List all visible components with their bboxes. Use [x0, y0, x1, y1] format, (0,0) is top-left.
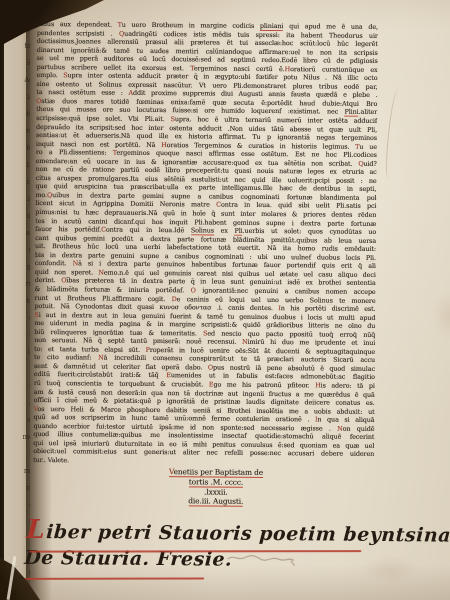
rubricated-capital: T — [355, 142, 359, 150]
rubricated-capital: T — [118, 21, 122, 29]
rubricated-capital: O — [208, 363, 213, 371]
rubricated-capital: S — [171, 115, 175, 123]
rubricated-capital: N — [98, 268, 104, 276]
rubricated-capital: A — [128, 89, 133, 97]
rubricated-capital: D — [172, 295, 177, 303]
colophon: Venetiis per Baptistam detortis .M. cccc… — [126, 467, 306, 508]
rubricated-capital: N — [337, 424, 343, 432]
rubricated-capital: E — [209, 380, 214, 388]
rubricated-capital: N — [242, 338, 248, 346]
rubricated-capital: N — [73, 260, 79, 268]
rubricated-capital: S — [34, 311, 38, 319]
page-content: unius aux dependeat. Tu uero Brotheum in… — [0, 0, 450, 600]
red-underlined-word: pliniani — [260, 22, 284, 31]
text-block: unius aux dependeat. Tu uero Brotheum in… — [33, 20, 378, 469]
rubricated-capital: H — [161, 141, 167, 149]
rubricated-capital: T — [190, 64, 194, 72]
colophon-line: die.iii. Augusti. — [126, 496, 306, 507]
rubricated-capital: S — [203, 329, 207, 337]
rubricated-capital: V — [34, 405, 38, 413]
rubricated-capital: Q — [47, 191, 52, 199]
red-underline — [24, 578, 204, 580]
faint-ink-note — [225, 550, 299, 569]
book-photo: ātyta,āiAeiatorotobiolz,inarifg:rūtōēcis… — [0, 0, 450, 600]
red-underlined-word: Solinus — [191, 226, 214, 235]
rubricated-capital: O — [36, 97, 41, 105]
rubricated-initial: L — [26, 515, 47, 545]
red-underlined-word: Plini — [344, 108, 358, 117]
rubricated-capital: P — [146, 346, 150, 354]
inscription-line-1-text: iber petri Stauoris poetim beyntsina . — [46, 521, 450, 547]
rubricated-capital: N — [98, 354, 104, 362]
rubricated-capital: I — [278, 304, 281, 312]
rubricated-capital: O — [61, 277, 66, 285]
red-underlined-word: Pli — [366, 254, 374, 263]
rubricated-capital: H — [315, 381, 321, 389]
rubricated-capital: S — [63, 71, 67, 79]
rubricated-capital: V — [169, 467, 174, 476]
rubricated-capital: C — [216, 201, 221, 209]
rubricated-capital: E — [166, 372, 171, 380]
rubricated-capital: H — [285, 65, 291, 73]
red-underline — [29, 550, 361, 553]
rubricated-capital: Q — [119, 29, 124, 37]
rubricated-capital: T — [113, 149, 117, 157]
inscription-line-1: Liber petri Stauoris poetim beyntsina . — [26, 515, 388, 548]
rubricated-capital: Q — [358, 160, 363, 168]
rubricated-capital: I — [315, 416, 318, 424]
rubricated-capital: O — [191, 286, 196, 294]
red-underlined-word: Pli — [234, 227, 242, 236]
rubricated-capital: C — [101, 226, 106, 234]
